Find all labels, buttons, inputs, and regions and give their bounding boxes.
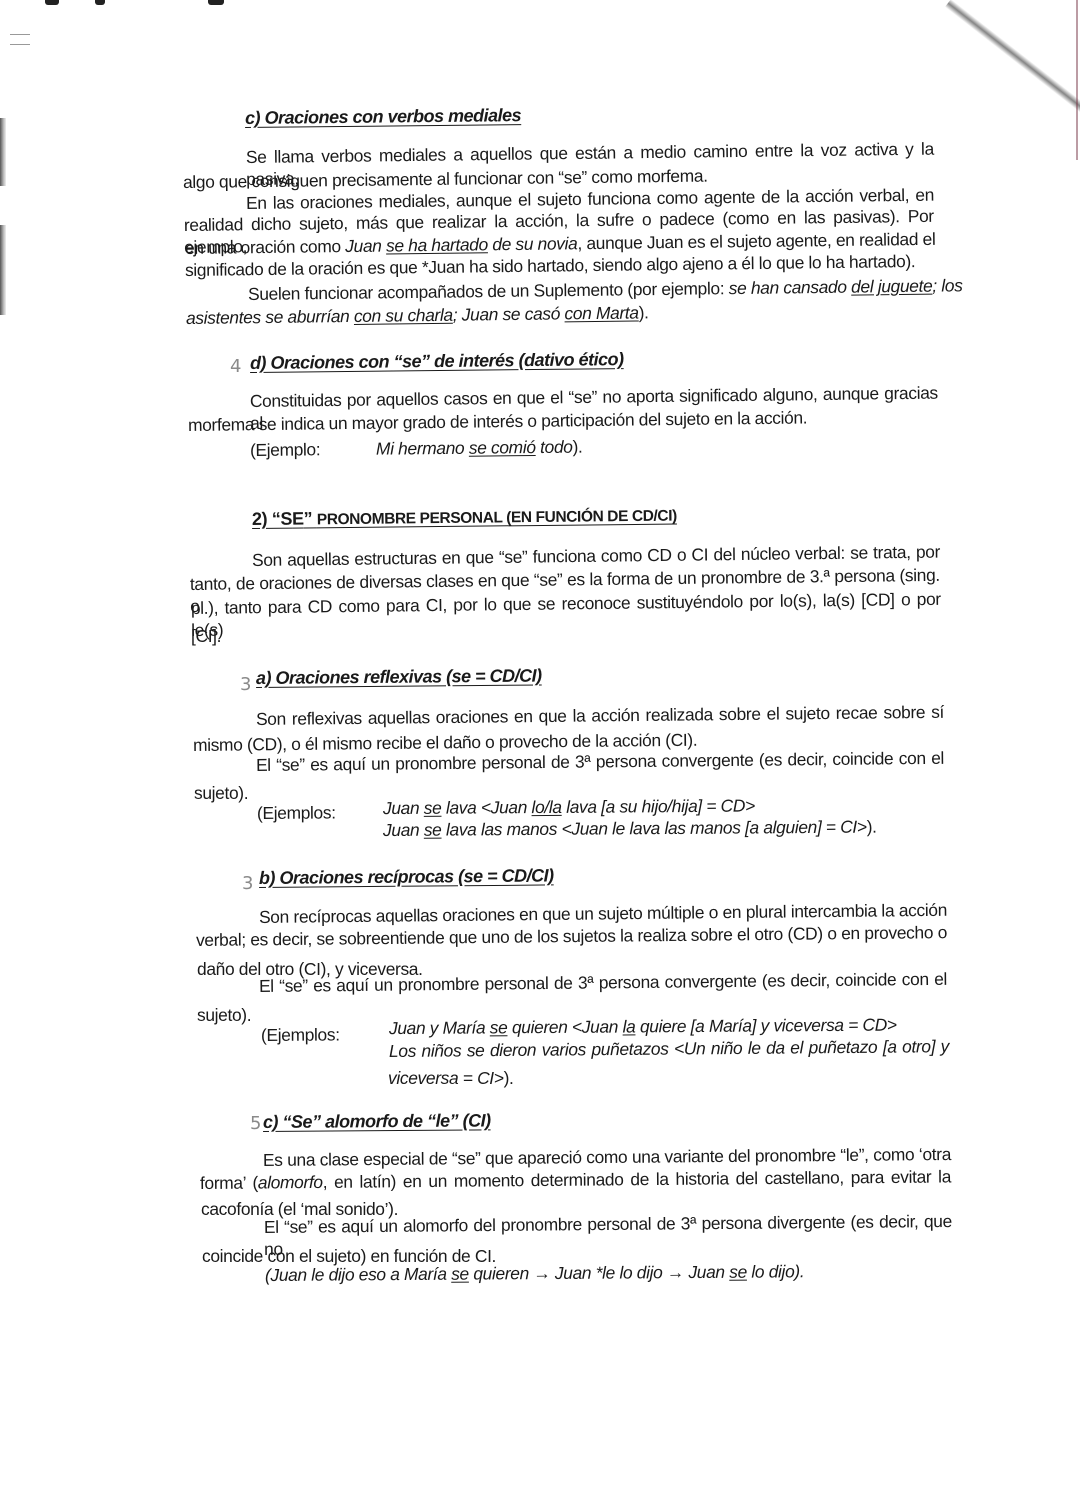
paragraph-line: pl.), tanto para CD como para CI, por lo… <box>191 588 941 641</box>
example-text: Juan <box>383 798 424 818</box>
section-heading: c) “Se” alomorfo de “le” (CI) <box>263 1109 491 1133</box>
section-heading: 2) “SE” PRONOMBRE PERSONAL (EN FUNCIÓN D… <box>252 504 677 532</box>
underlined-example: se <box>451 1264 469 1284</box>
text: pl.), tanto para CD como para CI, por lo… <box>191 588 941 641</box>
paragraph-line: Son reflexivas aquellas oraciones en que… <box>256 701 944 730</box>
example-text: se han cansado <box>729 277 852 298</box>
underlined-example: lo/la <box>531 797 561 817</box>
paragraph-line: [CI]. <box>191 625 221 647</box>
example-line: (Ejemplo:Mi hermano se comió todo). <box>250 438 321 461</box>
handwritten-margin-note: 3 <box>240 674 251 695</box>
page-edge-shadow <box>0 225 6 315</box>
text: PRONOMBRE PERSONAL (EN FUNCIÓN DE CD/CI) <box>317 508 677 529</box>
underlined-example: se <box>490 1017 508 1037</box>
text: ). <box>504 1068 514 1088</box>
section-heading: c) Oraciones con verbos mediales <box>245 104 521 129</box>
example-text: lava [a su hijo/hija] = CD> <box>562 796 755 817</box>
text: ” <box>304 508 317 528</box>
paragraph-line: asistentes se aburrían con su charla; Ju… <box>186 301 649 329</box>
underlined-example: se <box>424 820 442 840</box>
example-text: asistentes se aburrían <box>186 306 354 328</box>
text: forma’ ( <box>200 1172 258 1193</box>
text: ). <box>572 437 582 457</box>
underlined-example: la <box>623 1016 636 1036</box>
example-text: Juan <box>383 820 424 840</box>
example-line: (Ejemplos:Juan se lava <Juan lo/la lava … <box>257 801 336 824</box>
underlined-example: con su charla <box>354 305 453 326</box>
example-text: Juan <box>345 236 386 256</box>
example-line: (Ejemplos:Juan y María se quieren <Juan … <box>261 1023 340 1046</box>
paragraph-line: sujeto). <box>194 782 248 804</box>
example-text: lo dijo). <box>747 1261 805 1281</box>
example-text: todo <box>535 437 572 457</box>
example-text: quieren <Juan <box>507 1016 622 1037</box>
page-fold-shadow <box>945 0 1080 167</box>
page-edge-line <box>1076 0 1078 160</box>
example-text: (Juan le dijo eso a María <box>265 1264 451 1285</box>
example-text: ; Juan se casó <box>453 303 565 324</box>
emphasis-text: alomorfo <box>258 1172 323 1193</box>
handwritten-margin-note: 5 <box>250 1113 261 1134</box>
example-line: (Juan le dijo eso a María se quieren → J… <box>265 1260 804 1286</box>
handwritten-margin-note: 4 <box>230 356 241 377</box>
example-label: (Ejemplos: <box>257 802 336 823</box>
underlined-example: se comió <box>469 437 536 458</box>
example-label: (Ejemplos: <box>261 1024 340 1045</box>
text: ). <box>867 817 877 837</box>
example-text: lava <Juan <box>441 797 531 818</box>
text: , en latín) en un momento determinado de… <box>323 1166 951 1191</box>
text: Son reflexivas aquellas oraciones en que… <box>256 701 944 730</box>
scan-bleed-mark <box>208 0 224 5</box>
text: Suelen funcionar acompañados de un Suple… <box>248 278 729 304</box>
example-text: Juan y María <box>389 1017 490 1038</box>
underlined-example: con Marta <box>564 302 638 323</box>
example-text: de su novia <box>488 233 578 254</box>
text: ). <box>639 302 649 322</box>
example-line: Juan se lava las manos <Juan le lava las… <box>383 816 877 841</box>
example-line: Los niños se dieron varios puñetazos <Un… <box>389 1035 949 1062</box>
example-text: Mi hermano <box>376 438 469 459</box>
text: 2) “S <box>252 509 292 529</box>
example-text: Los niños se dieron varios puñetazos <Un… <box>389 1035 949 1062</box>
underlined-example: se <box>424 798 442 818</box>
handwritten-margin-note: 3 <box>242 873 253 894</box>
binder-mark <box>10 34 30 45</box>
section-heading: a) Oraciones reflexivas (se = CD/CI) <box>256 665 542 689</box>
underlined-example: del juguete <box>851 276 932 297</box>
example-text: ; los <box>932 275 962 295</box>
underlined-example: se ha hartado <box>386 234 488 255</box>
section-heading: d) Oraciones con “se” de interés (dativo… <box>250 348 624 374</box>
example-text: lava las manos <Juan le lava las manos [… <box>441 817 866 840</box>
example-line: viceversa = CI>). <box>388 1067 514 1089</box>
example-text: viceversa = CI> <box>388 1068 504 1088</box>
example-text: quieren → Juan *le lo dijo → Juan <box>469 1262 730 1284</box>
text: E <box>292 508 304 528</box>
scanned-page: c) Oraciones con verbos mediales Se llam… <box>0 0 1080 1485</box>
paragraph-line: sujeto). <box>197 1004 251 1026</box>
page-edge-shadow <box>0 118 6 186</box>
section-heading: b) Oraciones recíprocas (se = CD/CI) <box>259 864 554 889</box>
example-text: quiere [a María] y viceversa = CD> <box>635 1015 896 1037</box>
scan-bleed-mark <box>95 0 105 5</box>
example-label: (Ejemplo: <box>250 439 321 460</box>
text: en una oración como <box>185 236 345 258</box>
scan-bleed-mark <box>45 0 59 5</box>
underlined-example: se <box>729 1262 747 1282</box>
